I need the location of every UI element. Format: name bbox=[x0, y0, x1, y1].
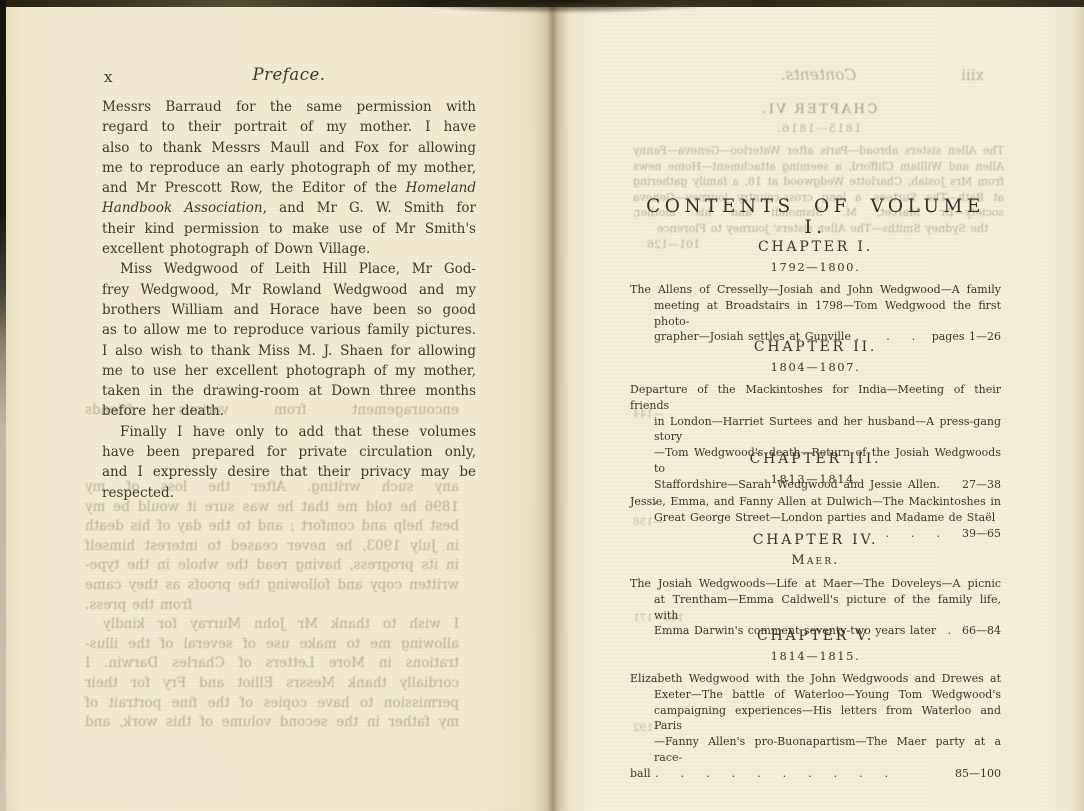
bleedthrough-line: cordially thank Messrs Elliot and Fry fo… bbox=[85, 674, 459, 694]
bleedthrough-chapter-heading: CHAPTER VI. bbox=[633, 102, 1004, 117]
chapter-heading: CHAPTER II. bbox=[630, 339, 1001, 355]
bleedthrough-line: best help and comfort ; and to the day o… bbox=[85, 517, 459, 537]
chapter-entry: CHAPTER III. 1813—1814. Jessie, Emma, an… bbox=[630, 451, 1001, 541]
bleedthrough-line: Allen and William Clifford, a seeming at… bbox=[633, 159, 1004, 175]
chapter-heading: CHAPTER IV. bbox=[630, 532, 1001, 548]
text-line: their kind permission to make use of Mr … bbox=[102, 219, 476, 239]
summary-line: ball . . . . . . . . . . 85—100 bbox=[630, 766, 1001, 782]
chapter-subheading: 1804—1807. bbox=[630, 360, 1001, 374]
summary-line: Elizabeth Wedgwood with the John Wedgwoo… bbox=[630, 671, 1001, 687]
text-line: me to reproduce an early photograph of m… bbox=[102, 158, 476, 178]
chapter-entry: CHAPTER IV. Maer. The Josiah Wedgwoods—L… bbox=[630, 532, 1001, 639]
text-line: and I expressly desire that their privac… bbox=[102, 462, 476, 482]
summary-line: Jessie, Emma, and Fanny Allen at Dulwich… bbox=[630, 494, 1001, 510]
bleedthrough-chapter-subheading: 1815—1816. bbox=[633, 122, 1004, 135]
text-line: as to allow me to reproduce various fami… bbox=[102, 320, 476, 340]
preface-paragraph: Miss Wedgwood of Leith Hill Place, Mr Go… bbox=[102, 259, 476, 421]
running-head: x Preface. bbox=[102, 65, 476, 89]
text-run: Homeland bbox=[406, 180, 476, 196]
chapter-entry: CHAPTER I. 1792—1800. The Allens of Cres… bbox=[630, 239, 1001, 345]
summary-line: campaigning experiences—His letters from… bbox=[630, 703, 1001, 735]
running-header-title: Preface. bbox=[102, 65, 476, 84]
text-run: , and Mr G. W. Smith for bbox=[263, 200, 476, 216]
text-line: frey Wedgwood, Mr Rowland Wedgwood and m… bbox=[102, 280, 476, 300]
summary-line: —Fanny Allen's pro-Buonapartism—The Maer… bbox=[630, 734, 1001, 766]
chapter-subheading: 1814—1815. bbox=[630, 649, 1001, 663]
summary-line: Great George Street—London parties and M… bbox=[630, 510, 1001, 526]
bleedthrough-text: any such writing. After the loss of my18… bbox=[85, 478, 459, 733]
bleedthrough-line: permission to have copies of the fine po… bbox=[85, 694, 459, 714]
right-page: xiii Contents. CHAPTER VI. 1815—1816. Th… bbox=[553, 5, 1084, 811]
bleedthrough-line: I wish to thank Mr John Murray for kindl… bbox=[85, 615, 459, 635]
text-line: regard to their portrait of my mother. I… bbox=[102, 117, 476, 137]
summary-text: ball . . . . . . . . . . bbox=[630, 766, 888, 782]
text-run: Handbook Association bbox=[102, 200, 263, 216]
preface-paragraph: Finally I have only to add that these vo… bbox=[102, 422, 476, 503]
bleedthrough-line: trations in More Letters of Charles Darw… bbox=[85, 654, 459, 674]
text-line: have been prepared for private circulati… bbox=[102, 442, 476, 462]
chapter-subheading: Maer. bbox=[630, 553, 1001, 568]
bleedthrough-line: The Allen sisters abroad—Paris after Wat… bbox=[633, 143, 1004, 159]
summary-line: Exeter—The battle of Waterloo—Young Tom … bbox=[630, 687, 1001, 703]
bleedthrough-line: from Mrs Josiah, Charlotte Wedgwood at 1… bbox=[633, 174, 1004, 190]
text-line: taken in the drawing-room at Down three … bbox=[102, 381, 476, 401]
chapter-subheading: 1813—1814. bbox=[630, 472, 1001, 486]
text-line: also to thank Messrs Maull and Fox for a… bbox=[102, 138, 476, 158]
text-line: me to use her excellent photograph of my… bbox=[102, 361, 476, 381]
chapter-heading: CHAPTER I. bbox=[630, 239, 1001, 255]
summary-line: meeting at Broadstairs in 1798—Tom Wedgw… bbox=[630, 298, 1001, 330]
chapter-entry: CHAPTER V. 1814—1815. Elizabeth Wedgwood… bbox=[630, 628, 1001, 782]
text-line: brothers William and Horace have been so… bbox=[102, 300, 476, 320]
scan-left-edge bbox=[0, 0, 6, 811]
summary-line: The Josiah Wedgwoods—Life at Maer—The Do… bbox=[630, 576, 1001, 592]
summary-line: at Trentham—Emma Caldwell's picture of t… bbox=[630, 592, 1001, 624]
contents-title: CONTENTS OF VOLUME I. bbox=[630, 196, 1001, 238]
summary-line: The Allens of Cresselly—Josiah and John … bbox=[630, 282, 1001, 298]
chapter-summary: Elizabeth Wedgwood with the John Wedgwoo… bbox=[630, 671, 1001, 782]
preface-body: Messrs Barraud for the same permission w… bbox=[102, 97, 476, 503]
book-scan: { "book": { "left_page": { "page_number"… bbox=[0, 0, 1084, 811]
bleedthrough-line: my father in the second volume of this w… bbox=[85, 713, 459, 733]
text-line: before her death. bbox=[102, 401, 476, 421]
bleedthrough-header-title: Contents. bbox=[633, 66, 1004, 84]
chapter-summary: The Allens of Cresselly—Josiah and John … bbox=[630, 282, 1001, 345]
chapter-subheading: 1792—1800. bbox=[630, 260, 1001, 274]
page-range: 85—100 bbox=[955, 766, 1001, 782]
preface-paragraph: Messrs Barraud for the same permission w… bbox=[102, 97, 476, 259]
chapter-heading: CHAPTER III. bbox=[630, 451, 1001, 467]
text-line: respected. bbox=[102, 483, 476, 503]
text-line: Messrs Barraud for the same permission w… bbox=[102, 97, 476, 117]
left-page: encouragement from various friends any s… bbox=[5, 7, 553, 811]
summary-line: Departure of the Mackintoshes for India—… bbox=[630, 382, 1001, 414]
text-line: Handbook Association, and Mr G. W. Smith… bbox=[102, 198, 476, 218]
text-line: I also wish to thank Miss M. J. Shaen fo… bbox=[102, 341, 476, 361]
text-line: Finally I have only to add that these vo… bbox=[102, 422, 476, 442]
preface-text-block: x Preface. Messrs Barraud for the same p… bbox=[102, 65, 476, 503]
text-line: Miss Wedgwood of Leith Hill Place, Mr Go… bbox=[102, 259, 476, 279]
bleedthrough-line: allowing me to make use of several of th… bbox=[85, 635, 459, 655]
bleedthrough-line: in its progress, having read the whole i… bbox=[85, 556, 459, 576]
chapter-heading: CHAPTER V. bbox=[630, 628, 1001, 644]
bleedthrough-line: in July 1903, he never ceased to interes… bbox=[85, 537, 459, 557]
text-line: and Mr Prescott Row, the Editor of the H… bbox=[102, 178, 476, 198]
summary-line: in London—Harriet Surtees and her husban… bbox=[630, 414, 1001, 446]
bleedthrough-line: written copy and following the proofs as… bbox=[85, 576, 459, 596]
text-line: excellent photograph of Down Village. bbox=[102, 239, 476, 259]
text-run: and Mr Prescott Row, the Editor of the bbox=[102, 180, 406, 196]
binding-top-shadow bbox=[398, 0, 728, 14]
bleedthrough-line: from the press. bbox=[85, 596, 459, 616]
